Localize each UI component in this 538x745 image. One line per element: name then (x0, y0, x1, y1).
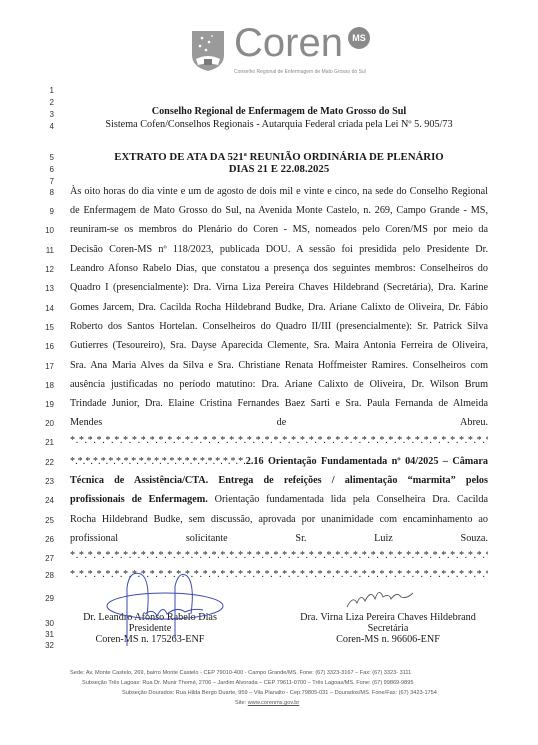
coren-shield-icon (190, 29, 226, 73)
footer: Sede: Av. Monte Castelo, 269, bairro Mon… (60, 668, 490, 708)
secretary-registration: Coren-MS n. 96606-ENF (288, 634, 488, 645)
president-name: Dr. Leandro Afonso Rabelo Dias (70, 612, 230, 623)
line-number: 32 (40, 641, 54, 650)
line-number: 2 (40, 98, 54, 107)
line-number: 7 (40, 177, 54, 186)
line-number: 23 (40, 477, 54, 486)
body-line-25: Rocha Hildebrand Budke, sem discussão, a… (70, 514, 488, 526)
line-number: 13 (40, 284, 54, 293)
secretary-handwritten-signature (345, 585, 415, 611)
body-line-18: ausência justificadas no período matutin… (70, 379, 488, 391)
president-registration: Coren-MS n. 175263-ENF (70, 634, 230, 645)
document-title: EXTRATO DE ATA DA 521ª REUNIÃO ORDINÁRIA… (70, 151, 488, 163)
body-line-19: Trindade Junior, Dra. Elaine Cristina Fe… (70, 398, 488, 410)
line-number: 25 (40, 516, 54, 525)
line-number: 29 (40, 594, 54, 603)
separator-line-27: *.*.*.*.*.*.*.*.*.*.*.*.*.*.*.*.*.*.*.*.… (70, 550, 488, 562)
line-number: 17 (40, 362, 54, 371)
line-number: 31 (40, 630, 54, 639)
secretary-name: Dra. Virna Liza Pereira Chaves Hildebran… (288, 612, 488, 623)
secretary-role: Secretária (288, 623, 488, 634)
line-number: 21 (40, 438, 54, 447)
body-line-13: Quadro I (presencialmente): Dra. Virna L… (70, 282, 488, 294)
body-line-22: *.*.*.*.*.*.*.*.*.*.*.*.*.*.*.*.*.*.*.*.… (70, 456, 488, 468)
agenda-item-subject: profissionais de Enfermagem. (70, 494, 208, 505)
footer-site-label: Site: (235, 700, 246, 706)
line-number: 18 (40, 381, 54, 390)
footer-dourados: Subseção Dourados: Rua Hilda Bergo Duart… (60, 688, 490, 698)
body-line-8: Às oito horas do dia vinte e um de agost… (70, 186, 488, 198)
line-number: 3 (40, 110, 54, 119)
logo-ms-badge: MS (348, 27, 370, 49)
line-number: 30 (40, 619, 54, 628)
president-role: Presidente (70, 623, 230, 634)
separator-line-21: *.*.*.*.*.*.*.*.*.*.*.*.*.*.*.*.*.*.*.*.… (70, 435, 488, 447)
line-number: 5 (40, 153, 54, 162)
body-line-14: Gomes Jarcem, Dra. Cacilda Rocha Hildebr… (70, 302, 488, 314)
line-number: 20 (40, 419, 54, 428)
line-number: 27 (40, 554, 54, 563)
body-line-10: reuniram-se os membros do Plenário do Co… (70, 224, 488, 236)
line-number: 15 (40, 323, 54, 332)
body-line-24: profissionais de Enfermagem. Orientação … (70, 494, 488, 506)
line-number: 12 (40, 265, 54, 274)
line-number: 1 (40, 86, 54, 95)
line-number: 24 (40, 496, 54, 505)
agenda-item-text: Orientação fundamentada lida pela Consel… (208, 494, 488, 505)
body-line-9: de Enfermagem de Mato Grosso do Sul, na … (70, 205, 488, 217)
logo-wordmark: Coren (234, 21, 343, 66)
footer-site: Site: www.corenms.gov.br (60, 698, 490, 708)
logo-subtitle: Conselho Regional de Enfermagem de Mato … (234, 69, 366, 75)
line-number: 11 (40, 246, 54, 255)
coren-logo: Coren MS Conselho Regional de Enfermagem… (190, 27, 360, 79)
signature-secretary: Dra. Virna Liza Pereira Chaves Hildebran… (288, 612, 488, 645)
org-system: Sistema Cofen/Conselhos Regionais - Auta… (70, 119, 488, 131)
footer-headquarters: Sede: Av. Monte Castelo, 269, bairro Mon… (60, 668, 490, 678)
body-line-16: Gutierres (Tesoureiro), Sra. Dayse Apare… (70, 340, 488, 352)
document-dates: DIAS 21 E 22.08.2025 (70, 163, 488, 175)
line-number: 4 (40, 122, 54, 131)
separator-line-28: *.*.*.*.*.*.*.*.*.*.*.*.*.*.*.*.*.*.*.*.… (70, 569, 488, 581)
line-number: 22 (40, 458, 54, 467)
body-line-17: Sra. Ana Maria Alves da Silva e Sra. Chr… (70, 360, 488, 372)
body-line-12: Leandro Afonso Rabelo Dias, que constato… (70, 263, 488, 275)
body-line-26: profissional solicitante Sr. Luiz Souza. (70, 533, 488, 545)
line-number: 9 (40, 207, 54, 216)
body-line-23: Técnica de Assistência/CTA. Entrega de r… (70, 475, 488, 487)
org-name: Conselho Regional de Enfermagem de Mato … (70, 106, 488, 118)
line-number: 14 (40, 304, 54, 313)
footer-site-link[interactable]: www.corenms.gov.br (248, 700, 300, 706)
signature-president: Dr. Leandro Afonso Rabelo Dias President… (70, 612, 230, 645)
separator-stars: *.*.*.*.*.*.*.*.*.*.*.*.*.*.*.*.*.*.*.*.… (70, 456, 246, 467)
line-number: 19 (40, 400, 54, 409)
line-number: 28 (40, 571, 54, 580)
footer-tres-lagoas: Subseção Três Lagoas: Rua Dr. Munir Thom… (60, 678, 490, 688)
body-line-15: Roberto dos Santos Hortelan. Conselheiro… (70, 321, 488, 333)
body-line-20: Mendes de Abreu. (70, 417, 488, 429)
agenda-item-title: 2.16 Orientação Fundamentada nº 04/2025 … (246, 456, 488, 467)
line-number: 8 (40, 188, 54, 197)
line-number: 10 (40, 226, 54, 235)
line-number: 26 (40, 535, 54, 544)
body-line-11: Decisão Coren-MS nº 118/2023, publicada … (70, 244, 488, 256)
line-number: 6 (40, 165, 54, 174)
line-number: 16 (40, 342, 54, 351)
